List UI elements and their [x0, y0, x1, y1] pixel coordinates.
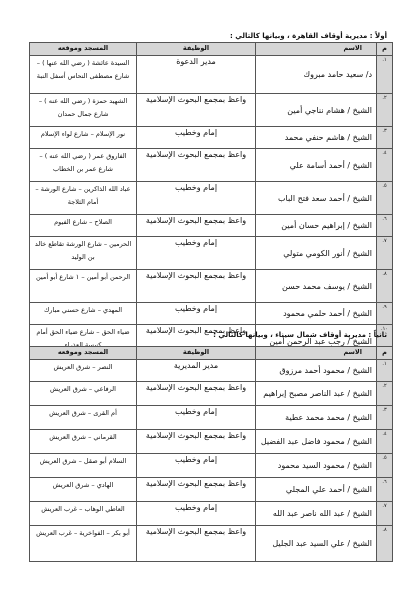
- person-name: الشيخ / محمد محمد عطية: [256, 406, 377, 430]
- table-row: ٢.الشيخ / عبد الناصر مصبح إبراهيمواعظ بم…: [30, 382, 393, 406]
- row-number: ٧.: [377, 502, 393, 526]
- job-title: إمام وخطيب: [137, 454, 256, 478]
- table-row: ٦.الشيخ / إبراهيم حسان أمينواعظ بمجمع ال…: [30, 215, 393, 237]
- person-name: الشيخ / يوسف محمد حسن: [256, 270, 377, 303]
- table-row: ٨.الشيخ / علي السيد عبد الجليلواعظ بمجمع…: [30, 526, 393, 562]
- table-row: ٣.الشيخ / هاشم حنفي محمدإمام وخطيبنور ال…: [30, 127, 393, 149]
- header-job: الوظيفة: [137, 347, 256, 360]
- job-title: واعظ بمجمع البحوث الإسلامية: [137, 94, 256, 127]
- mosque-location: الهادي – شرق العريش: [30, 478, 137, 502]
- mosque-location: السيدة عائشة ( رضي الله عنها ) – شارع مص…: [30, 56, 137, 94]
- person-name: الشيخ / أحمد أسامة علي: [256, 149, 377, 182]
- mosque-location: عباد الله الذاكرين – شارع الورشة – أمام …: [30, 182, 137, 215]
- person-name: الشيخ / أنور الكومي متولي: [256, 237, 377, 270]
- person-name: الشيخ / إبراهيم حسان أمين: [256, 215, 377, 237]
- mosque-location: الرحمن أبو أمين – ١ شارع أبو أمين: [30, 270, 137, 303]
- header-mosque: المسجد وموقعه: [30, 347, 137, 360]
- row-number: ٩.: [377, 303, 393, 325]
- table-row: ٧.الشيخ / أنور الكومي متوليإمام وخطيبالح…: [30, 237, 393, 270]
- job-title: إمام وخطيب: [137, 303, 256, 325]
- person-name: الشيخ / محمود أحمد مرزوق: [256, 360, 377, 382]
- table-row: ٨.الشيخ / يوسف محمد حسنواعظ بمجمع البحوث…: [30, 270, 393, 303]
- row-number: ٥.: [377, 454, 393, 478]
- table-row: ٢.الشيخ / هشام نناجي أمينواعظ بمجمع البح…: [30, 94, 393, 127]
- job-title: واعظ بمجمع البحوث الإسلامية: [137, 478, 256, 502]
- mosque-location: النصر – شرق العريش: [30, 360, 137, 382]
- row-number: ٢.: [377, 382, 393, 406]
- person-name: الشيخ / هاشم حنفي محمد: [256, 127, 377, 149]
- mosque-location: أم القرى – شرق العريش: [30, 406, 137, 430]
- mosque-location: الشهيد حمزة ( رضي الله عنه ) – شارع جمال…: [30, 94, 137, 127]
- mosque-location: أبو بكر – الفواخرية – غرب العريش: [30, 526, 137, 562]
- job-title: واعظ بمجمع البحوث الإسلامية: [137, 215, 256, 237]
- person-name: الشيخ / هشام نناجي أمين: [256, 94, 377, 127]
- job-title: إمام وخطيب: [137, 406, 256, 430]
- section-title-north-sinai: ثانياً : مديرية أوقاف شمال سيناء ، وبيان…: [213, 331, 387, 339]
- row-number: ٦.: [377, 215, 393, 237]
- person-name: الشيخ / أحمد حلمي محمود: [256, 303, 377, 325]
- row-number: ٣.: [377, 406, 393, 430]
- job-title: إمام وخطيب: [137, 502, 256, 526]
- mosque-location: الصلاح – شارع الفيوم: [30, 215, 137, 237]
- job-title: مدير المديرية: [137, 360, 256, 382]
- table-row: ٤.الشيخ / أحمد أسامة عليواعظ بمجمع البحو…: [30, 149, 393, 182]
- header-job: الوظيفة: [137, 43, 256, 56]
- mosque-location: العاطي الوهاب – غرب العريش: [30, 502, 137, 526]
- job-title: واعظ بمجمع البحوث الإسلامية: [137, 149, 256, 182]
- mosque-location: القرماني – شرق العريش: [30, 430, 137, 454]
- header-mosque: المسجد وموقعه: [30, 43, 137, 56]
- table-row: ٤.الشيخ / محمود فاضل عبد الفضيلواعظ بمجم…: [30, 430, 393, 454]
- row-number: ١.: [377, 56, 393, 94]
- table-row: ٦.الشيخ / أحمد علي المجليواعظ بمجمع البح…: [30, 478, 393, 502]
- table-row: ٥.الشيخ / أحمد سعد فتح البابإمام وخطيبعب…: [30, 182, 393, 215]
- person-name: الشيخ / عبد الله ناصر عبد الله: [256, 502, 377, 526]
- person-name: د/ سعيد حامد مبروك: [256, 56, 377, 94]
- person-name: الشيخ / محمود السيد محمود: [256, 454, 377, 478]
- job-title: إمام وخطيب: [137, 127, 256, 149]
- job-title: واعظ بمجمع البحوث الإسلامية: [137, 526, 256, 562]
- row-number: ٦.: [377, 478, 393, 502]
- person-name: الشيخ / عبد الناصر مصبح إبراهيم: [256, 382, 377, 406]
- person-name: الشيخ / علي السيد عبد الجليل: [256, 526, 377, 562]
- mosque-location: السلام أبو صقل – شرق العريش: [30, 454, 137, 478]
- job-title: مدير الدعوة: [137, 56, 256, 94]
- table-header-row: م الاسم الوظيفة المسجد وموقعه: [30, 43, 393, 56]
- table-row: ١.د/ سعيد حامد مبروكمدير الدعوةالسيدة عا…: [30, 56, 393, 94]
- table-row: ١.الشيخ / محمود أحمد مرزوقمدير المديريةا…: [30, 360, 393, 382]
- job-title: واعظ بمجمع البحوث الإسلامية: [137, 430, 256, 454]
- row-number: ٨.: [377, 526, 393, 562]
- header-name: الاسم: [256, 43, 377, 56]
- row-number: ١.: [377, 360, 393, 382]
- person-name: الشيخ / أحمد علي المجلي: [256, 478, 377, 502]
- header-num: م: [377, 43, 393, 56]
- person-name: الشيخ / محمود فاضل عبد الفضيل: [256, 430, 377, 454]
- row-number: ٢.: [377, 94, 393, 127]
- person-name: الشيخ / أحمد سعد فتح الباب: [256, 182, 377, 215]
- header-name: الاسم: [256, 347, 377, 360]
- north-sinai-table: م الاسم الوظيفة المسجد وموقعه ١.الشيخ / …: [29, 346, 393, 562]
- row-number: ٤.: [377, 430, 393, 454]
- table-row: ٩.الشيخ / أحمد حلمي محمودإمام وخطيبالمهد…: [30, 303, 393, 325]
- table-row: ٥.الشيخ / محمود السيد محمودإمام وخطيبالس…: [30, 454, 393, 478]
- cairo-table: م الاسم الوظيفة المسجد وموقعه ١.د/ سعيد …: [29, 42, 393, 358]
- table-row: ٣.الشيخ / محمد محمد عطيةإمام وخطيبأم الق…: [30, 406, 393, 430]
- mosque-location: الرفاعي – شرق العريش: [30, 382, 137, 406]
- job-title: واعظ بمجمع البحوث الإسلامية: [137, 382, 256, 406]
- row-number: ٤.: [377, 149, 393, 182]
- mosque-location: المهدي – شارع حسني مبارك: [30, 303, 137, 325]
- job-title: إمام وخطيب: [137, 182, 256, 215]
- job-title: إمام وخطيب: [137, 237, 256, 270]
- row-number: ٨.: [377, 270, 393, 303]
- table-header-row: م الاسم الوظيفة المسجد وموقعه: [30, 347, 393, 360]
- row-number: ٥.: [377, 182, 393, 215]
- mosque-location: نور الإسلام – شارع لواء الإسلام: [30, 127, 137, 149]
- table-row: ٧.الشيخ / عبد الله ناصر عبد اللهإمام وخط…: [30, 502, 393, 526]
- mosque-location: الفاروق عمر ( رضي الله عنه ) – شارع عمر …: [30, 149, 137, 182]
- row-number: ٧.: [377, 237, 393, 270]
- header-num: م: [377, 347, 393, 360]
- job-title: واعظ بمجمع البحوث الإسلامية: [137, 270, 256, 303]
- row-number: ٣.: [377, 127, 393, 149]
- mosque-location: الحرمين – شارع الورشة تقاطع خالد بن الول…: [30, 237, 137, 270]
- section-title-cairo: أولاً : مديرية أوقاف القاهرة ، وبيانها ك…: [230, 32, 387, 40]
